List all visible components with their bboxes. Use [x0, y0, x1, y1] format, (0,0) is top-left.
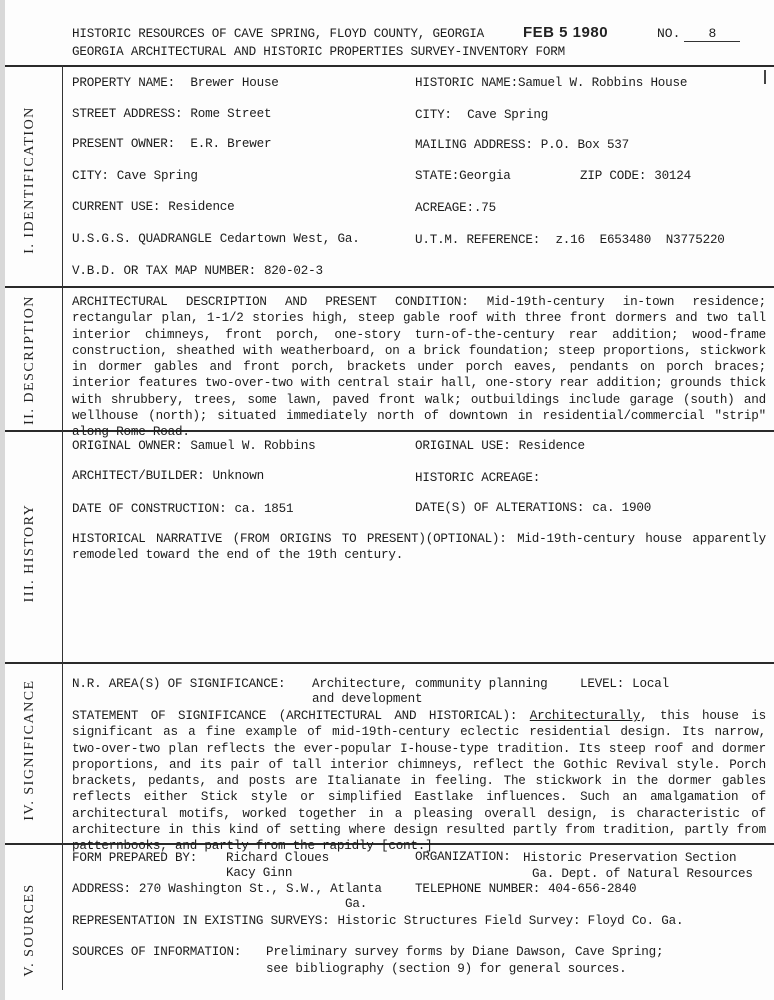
description-text: Mid-19th-century in-town residence; rect… — [72, 295, 766, 439]
label: MAILING ADDRESS: — [415, 138, 533, 152]
areas-of-significance-line2: and development — [312, 692, 422, 706]
label: DATE OF CONSTRUCTION: — [72, 502, 227, 516]
label: U.T.M. REFERENCE: — [415, 233, 540, 247]
property-name-field: PROPERTY NAME: Brewer House — [72, 76, 279, 90]
mailing-address-field: MAILING ADDRESS:P.O. Box 537 — [415, 138, 629, 152]
section-label-description: II. DESCRIPTION — [22, 295, 38, 425]
label: ADDRESS: — [72, 882, 131, 896]
original-use-field: ORIGINAL USE:Residence — [415, 439, 585, 453]
representation-value: Historic Structures Field Survey: Floyd … — [338, 914, 684, 928]
city-right-field: CITY: Cave Spring — [415, 108, 548, 122]
section-label-divider — [62, 65, 63, 990]
areas-of-significance-label: N.R. AREA(S) OF SIGNIFICANCE: — [72, 677, 285, 691]
sources-info-label: SOURCES OF INFORMATION: — [72, 945, 241, 959]
usgs-value: Cedartown West, Ga. — [220, 232, 360, 246]
original-owner-value: Samuel W. Robbins — [190, 439, 315, 453]
usgs-field: U.S.G.S. QUADRANGLECedartown West, Ga. — [72, 232, 360, 246]
form-title-line2: GEORGIA ARCHITECTURAL AND HISTORIC PROPE… — [72, 45, 565, 59]
form-title-line1: HISTORIC RESOURCES OF CAVE SPRING, FLOYD… — [72, 27, 484, 41]
label: ZIP CODE: — [580, 169, 646, 183]
level-value: Local — [632, 677, 669, 691]
form-number-label: NO. — [657, 26, 680, 41]
divider-top — [5, 65, 774, 67]
section-label-sources: V. SOURCES — [22, 883, 38, 976]
address-value-1: 270 Washington St., S.W., Atlanta — [139, 882, 382, 896]
vbd-value: 820-02-3 — [264, 264, 323, 278]
historic-acreage-field: HISTORIC ACREAGE: — [415, 471, 548, 485]
vbd-field: V.B.D. OR TAX MAP NUMBER:820-02-3 — [72, 264, 323, 278]
label: PROPERTY NAME: — [72, 76, 175, 90]
organization-label: ORGANIZATION: — [415, 850, 511, 864]
prepared-by-2: Kacy Ginn — [226, 866, 292, 880]
areas-of-significance-line1: Architecture, community planning — [312, 677, 547, 691]
form-number: NO.8 — [657, 26, 740, 42]
label: LEVEL: — [580, 677, 624, 691]
address-value-2: Ga. — [345, 897, 367, 911]
date-alterations-field: DATE(S) OF ALTERATIONS:ca. 1900 — [415, 501, 651, 515]
label: ORIGINAL OWNER: — [72, 439, 182, 453]
city-right-value: Cave Spring — [467, 108, 548, 122]
representation-field: REPRESENTATION IN EXISTING SURVEYS:Histo… — [72, 914, 683, 928]
divider-3 — [5, 662, 774, 664]
street-address-value: Rome Street — [190, 107, 271, 121]
label: HISTORIC ACREAGE: — [415, 471, 540, 485]
statement-text: , this house is significant as a fine ex… — [72, 709, 766, 853]
prepared-by-label: FORM PREPARED BY: — [72, 851, 197, 865]
label: STREET ADDRESS: — [72, 107, 182, 121]
telephone-value: 404-656-2840 — [548, 882, 636, 896]
historical-narrative: HISTORICAL NARRATIVE (FROM ORIGINS TO PR… — [72, 531, 766, 564]
acreage-field: ACREAGE:.75 — [415, 201, 496, 215]
label: PRESENT OWNER: — [72, 137, 175, 151]
telephone-field: TELEPHONE NUMBER:404-656-2840 — [415, 882, 636, 896]
label: DATE(S) OF ALTERATIONS: — [415, 501, 584, 515]
street-address-field: STREET ADDRESS:Rome Street — [72, 107, 271, 121]
historic-name-field: HISTORIC NAME:Samuel W. Robbins House — [415, 76, 687, 90]
address-field: ADDRESS:270 Washington St., S.W., Atlant… — [72, 882, 382, 896]
utm-value: z.16 E653480 N3775220 — [555, 233, 724, 247]
statement-heading: STATEMENT OF SIGNIFICANCE (ARCHITECTURAL… — [72, 709, 517, 723]
label: REPRESENTATION IN EXISTING SURVEYS: — [72, 914, 330, 928]
original-use-value: Residence — [519, 439, 585, 453]
section-label-significance: IV. SIGNIFICANCE — [22, 679, 38, 820]
state-field: STATE:Georgia — [415, 169, 511, 183]
label: ARCHITECT/BUILDER: — [72, 469, 204, 483]
zip-field: ZIP CODE:30124 — [580, 169, 691, 183]
scan-left-edge — [0, 0, 5, 1000]
date-construction-field: DATE OF CONSTRUCTION:ca. 1851 — [72, 502, 293, 516]
label: ORIGINAL USE: — [415, 439, 511, 453]
sources-info-2: see bibliography (section 9) for general… — [266, 962, 627, 976]
label: CITY: — [415, 108, 452, 122]
scan-mark — [764, 70, 766, 84]
description-heading: ARCHITECTURAL DESCRIPTION AND PRESENT CO… — [72, 295, 469, 309]
acreage-value: .75 — [474, 201, 496, 215]
section-label-identification: I. IDENTIFICATION — [22, 106, 38, 254]
label: CITY: — [72, 169, 109, 183]
mailing-address-value: P.O. Box 537 — [541, 138, 629, 152]
statement-emphasis: Architecturally — [530, 709, 640, 723]
label: V.B.D. OR TAX MAP NUMBER: — [72, 264, 256, 278]
present-owner-value: E.R. Brewer — [190, 137, 271, 151]
current-use-field: CURRENT USE:Residence — [72, 200, 235, 214]
original-owner-field: ORIGINAL OWNER:Samuel W. Robbins — [72, 439, 315, 453]
city-left-value: Cave Spring — [117, 169, 198, 183]
date-stamp: FEB 5 1980 — [523, 24, 608, 41]
label: STATE: — [415, 169, 459, 183]
architect-field: ARCHITECT/BUILDER:Unknown — [72, 469, 264, 483]
prepared-by-1: Richard Cloues — [226, 851, 329, 865]
date-construction-value: ca. 1851 — [235, 502, 294, 516]
utm-field: U.T.M. REFERENCE: z.16 E653480 N3775220 — [415, 233, 725, 247]
property-name-value: Brewer House — [190, 76, 278, 90]
form-number-value: 8 — [684, 26, 740, 42]
label: HISTORIC NAME: — [415, 76, 518, 90]
architectural-description: ARCHITECTURAL DESCRIPTION AND PRESENT CO… — [72, 294, 766, 441]
city-left-field: CITY:Cave Spring — [72, 169, 198, 183]
present-owner-field: PRESENT OWNER: E.R. Brewer — [72, 137, 271, 151]
section-label-history: III. HISTORY — [22, 504, 38, 603]
date-alterations-value: ca. 1900 — [592, 501, 651, 515]
sources-info-1: Preliminary survey forms by Diane Dawson… — [266, 945, 663, 959]
organization-1: Historic Preservation Section — [523, 851, 736, 865]
divider-1 — [5, 286, 774, 288]
level-field: LEVEL:Local — [580, 677, 669, 691]
narrative-heading: HISTORICAL NARRATIVE (FROM ORIGINS TO PR… — [72, 532, 507, 546]
label: TELEPHONE NUMBER: — [415, 882, 540, 896]
zip-value: 30124 — [654, 169, 691, 183]
current-use-value: Residence — [168, 200, 234, 214]
historic-name-value: Samuel W. Robbins House — [518, 76, 687, 90]
statement-of-significance: STATEMENT OF SIGNIFICANCE (ARCHITECTURAL… — [72, 708, 766, 855]
state-value: Georgia — [459, 169, 511, 183]
organization-2: Ga. Dept. of Natural Resources — [532, 867, 753, 881]
architect-value: Unknown — [212, 469, 264, 483]
label: CURRENT USE: — [72, 200, 160, 214]
label: U.S.G.S. QUADRANGLE — [72, 232, 212, 246]
label: ACREAGE: — [415, 201, 474, 215]
